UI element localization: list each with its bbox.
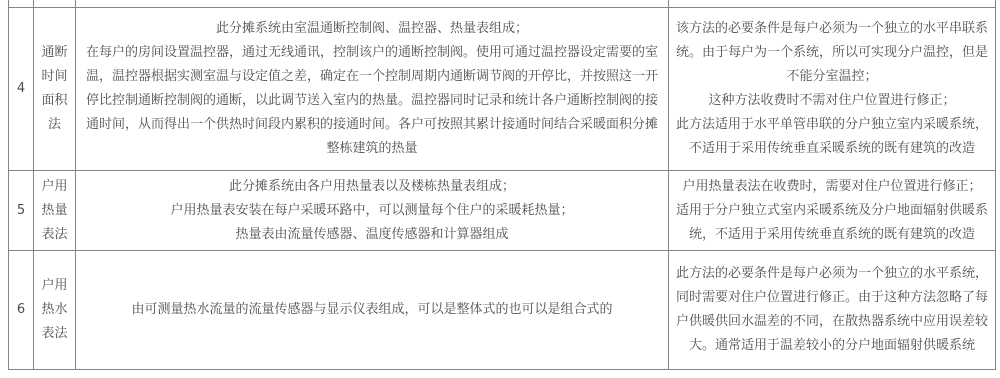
description-paragraph: 此分摊系统由室温通断控制阀、温控器、热量表组成； [80,17,664,41]
notes-paragraph: 此方法适用于水平单管串联的分户独立室内采暖系统，不适用于采用传统垂直采暖系统的既… [673,113,991,161]
partial-cell [76,0,669,8]
method-notes-cell: 该方法的必要条件是每户必须为一个独立的水平串联系统。由于每户为一个系统，所以可实… [669,8,996,171]
notes-paragraph: 适用于分户独立式室内采暖系统及分户地面辐射供暖系统，不适用于采用传统垂直系统的既… [673,199,991,247]
row-number: 6 [9,251,34,370]
row-number: 5 [9,171,34,251]
table-row: 5 户用热量表法 此分摊系统由各户用热量表以及楼栋热量表组成； 户用热量表安装在… [9,171,996,251]
partial-cell [669,0,996,8]
row-number: 4 [9,8,34,171]
partial-cell [9,0,34,8]
notes-paragraph: 户用热量表法在收费时，需要对住户位置进行修正； [673,175,991,199]
description-paragraph: 在每户的房间设置温控器，通过无线通讯，控制该户的通断控制阀。使用可通过温控器设定… [80,41,664,161]
method-name-cell: 户用热水表法 [34,251,76,370]
notes-paragraph: 此方法的必要条件是每户必须为一个独立的水平系统，同时需要对住户位置进行修正。由于… [673,262,991,358]
description-paragraph: 户用热量表安装在每户采暖环路中，可以测量每个住户的采暖耗热量； [80,199,664,223]
description-paragraph: 此分摊系统由各户用热量表以及楼栋热量表组成； [80,175,664,199]
table-row-partial [9,0,996,8]
method-description-cell: 此分摊系统由室温通断控制阀、温控器、热量表组成； 在每户的房间设置温控器，通过无… [76,8,669,171]
method-name: 户用热水表法 [40,274,70,346]
method-name: 通断时间面积法 [40,41,70,137]
method-name-cell: 户用热量表法 [34,171,76,251]
description-paragraph: 由可测量热水流量的流量传感器与显示仪表组成，可以是整体式的也可以是组合式的 [80,298,664,322]
method-notes-cell: 此方法的必要条件是每户必须为一个独立的水平系统，同时需要对住户位置进行修正。由于… [669,251,996,370]
notes-paragraph: 这种方法收费时不需对住户位置进行修正； [673,89,991,113]
notes-paragraph: 该方法的必要条件是每户必须为一个独立的水平串联系统。由于每户为一个系统，所以可实… [673,17,991,89]
partial-cell [34,0,76,8]
method-name: 户用热量表法 [40,175,70,247]
description-paragraph: 热量表由流量传感器、温度传感器和计算器组成 [80,223,664,247]
method-notes-cell: 户用热量表法在收费时，需要对住户位置进行修正； 适用于分户独立式室内采暖系统及分… [669,171,996,251]
method-name-cell: 通断时间面积法 [34,8,76,171]
table-row: 6 户用热水表法 由可测量热水流量的流量传感器与显示仪表组成，可以是整体式的也可… [9,251,996,370]
method-description-cell: 由可测量热水流量的流量传感器与显示仪表组成，可以是整体式的也可以是组合式的 [76,251,669,370]
heat-metering-methods-table: 4 通断时间面积法 此分摊系统由室温通断控制阀、温控器、热量表组成； 在每户的房… [8,0,996,370]
table-row: 4 通断时间面积法 此分摊系统由室温通断控制阀、温控器、热量表组成； 在每户的房… [9,8,996,171]
document-page: 4 通断时间面积法 此分摊系统由室温通断控制阀、温控器、热量表组成； 在每户的房… [0,0,1000,378]
method-description-cell: 此分摊系统由各户用热量表以及楼栋热量表组成； 户用热量表安装在每户采暖环路中，可… [76,171,669,251]
